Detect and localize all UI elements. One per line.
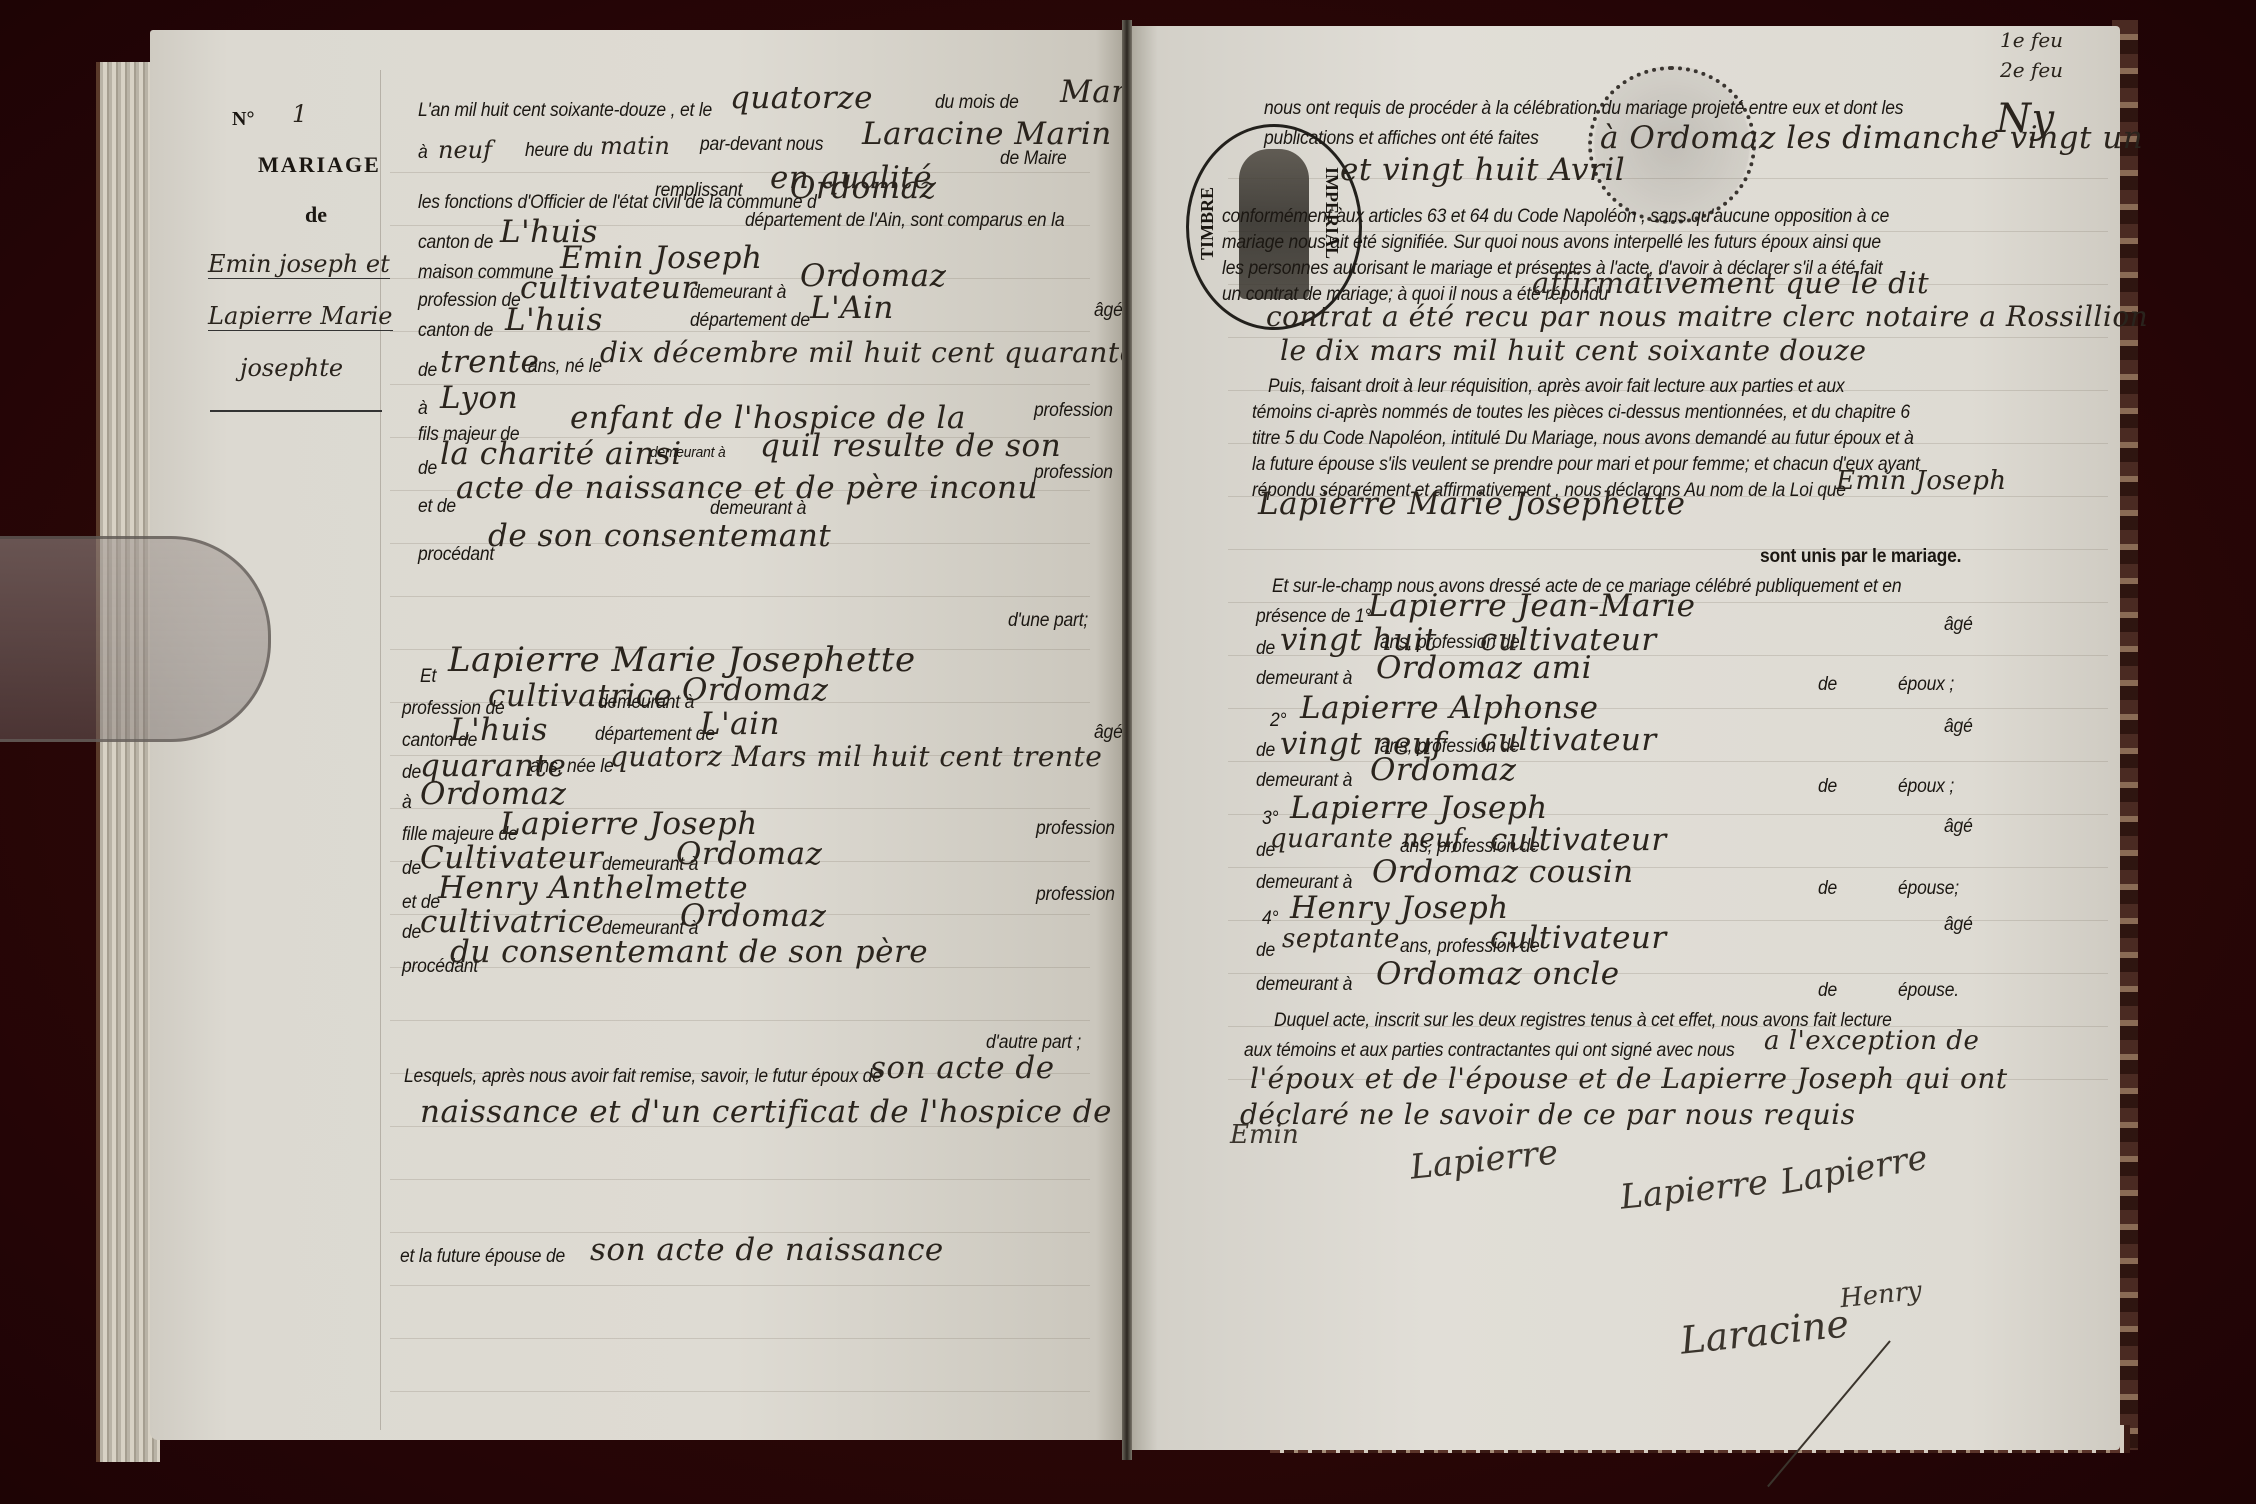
hand-text: L'huis <box>505 302 603 338</box>
hand-text: contrat a été recu par nous maitre clerc… <box>1266 300 2148 333</box>
print-text: demeurant à <box>598 692 694 714</box>
glass-page-weight <box>0 536 271 742</box>
print-text: sont unis par le mariage. <box>1760 546 1961 568</box>
hand-text: a l'exception de <box>1764 1026 1979 1056</box>
hand-text: son acte de <box>870 1050 1055 1086</box>
hand-text: à Ordomaz les dimanche vingt un <box>1600 120 2143 156</box>
print-text: de <box>1818 776 1837 798</box>
print-text: de <box>418 360 437 382</box>
hand-text: quatorz Mars mil huit cent trente <box>610 740 1102 773</box>
print-text: âgé <box>1944 816 1973 838</box>
print-text: âgé <box>1944 914 1973 936</box>
hand-text: Ordomaz <box>790 170 936 206</box>
print-text: procédant <box>418 544 494 566</box>
print-text: Puis, faisant droit à leur réquisition, … <box>1268 376 1844 398</box>
hand-text: Lapierre Jean-Marie <box>1368 588 1696 624</box>
print-text: d'une part; <box>1008 610 1088 632</box>
print-text: publications et affiches ont été faites <box>1264 128 1539 150</box>
hand-text: septante <box>1282 924 1400 954</box>
hand-text: Ordomaz <box>676 836 822 872</box>
print-text: à <box>418 142 428 164</box>
print-text: âgé <box>1944 716 1973 738</box>
print-text: et de <box>418 496 456 518</box>
hand-text: son acte de naissance <box>590 1232 944 1268</box>
print-text: du mois de <box>935 92 1019 114</box>
hand-text: Ordomaz <box>680 898 826 934</box>
hand-text: dix décembre mil huit cent quarante <box>600 336 1137 369</box>
print-text: de <box>402 762 421 784</box>
act-number-value: 1 <box>292 100 307 128</box>
hand-text: Henry Joseph <box>1290 890 1509 926</box>
print-text: de <box>1818 674 1837 696</box>
hand-text: Lapierre Alphonse <box>1300 690 1599 726</box>
print-text: de <box>402 858 421 880</box>
hand-text: Emin Joseph <box>1836 466 2007 496</box>
hand-text: et vingt huit Avril <box>1340 152 1625 188</box>
print-text: profession <box>1034 400 1113 422</box>
hand-text: matin <box>600 132 670 160</box>
print-text: par-devant nous <box>700 134 823 156</box>
stamp-label-left: TIMBRE <box>1197 187 1218 260</box>
hand-text: L'Ain <box>810 290 894 326</box>
hand-text: cultivateur <box>1490 822 1667 858</box>
print-text: heure du <box>525 140 593 162</box>
print-text: âgé <box>1944 614 1973 636</box>
margin-de: de <box>305 202 327 228</box>
book-gutter <box>1122 20 1132 1460</box>
hand-text: L'ain <box>700 706 780 742</box>
hand-text: affirmativement que le dit <box>1532 266 1929 300</box>
print-text: mariage nous ait été signifiée. Sur quoi… <box>1222 232 1881 254</box>
hand-text: quatorze <box>730 80 873 116</box>
hand-text: trente <box>440 344 539 380</box>
print-text: département de l'Ain, sont comparus en l… <box>745 210 1064 232</box>
print-text: demeurant à <box>1256 770 1352 792</box>
print-text: de <box>1256 740 1275 762</box>
hand-text: Ordomaz ami <box>1376 650 1592 686</box>
signature-emin: Emin <box>1230 1120 1299 1150</box>
print-text: aux témoins et aux parties contractantes… <box>1244 1040 1735 1062</box>
corner-note-1: 1e feu <box>2000 28 2063 52</box>
print-text: ans, née le <box>530 756 614 778</box>
print-text: demeurant à <box>1256 668 1352 690</box>
hand-text: Lapierre Marie Josephette <box>1258 486 1685 522</box>
corner-note-2: 2e feu <box>2000 58 2063 82</box>
print-text: époux ; <box>1898 674 1954 696</box>
margin-name-1: Emin joseph et <box>208 250 390 279</box>
print-text: conformément aux articles 63 et 64 du Co… <box>1222 206 1889 228</box>
print-text: 4° <box>1262 908 1278 930</box>
hand-text: L'huis <box>450 712 548 748</box>
print-text: de Maire <box>1000 148 1067 170</box>
margin-name-2: Lapierre Marie <box>208 302 393 331</box>
print-text: demeurant à <box>690 282 786 304</box>
print-text: à <box>418 398 428 420</box>
hand-text: Ordomaz <box>800 258 946 294</box>
print-text: à <box>402 792 412 814</box>
print-text: titre 5 du Code Napoléon, intitulé Du Ma… <box>1252 428 1914 450</box>
hand-text: Lapierre Joseph <box>1290 790 1548 826</box>
margin-underline <box>210 410 382 412</box>
print-text: demeurant à <box>710 498 806 520</box>
print-text: témoins ci-après nommés de toutes les pi… <box>1252 402 1910 424</box>
hand-text: déclaré ne le savoir de ce par nous requ… <box>1240 1098 1855 1131</box>
print-text: épouse; <box>1898 878 1959 900</box>
act-number-label: N° <box>232 108 254 131</box>
hand-text: Ordomaz <box>1370 752 1516 788</box>
print-text: de <box>1256 940 1275 962</box>
margin-title: MARIAGE <box>258 152 381 178</box>
print-text: la future épouse s'ils veulent se prendr… <box>1252 454 1920 476</box>
print-text: Et <box>420 666 436 688</box>
print-text: époux ; <box>1898 776 1954 798</box>
print-text: de <box>418 458 437 480</box>
hand-text: quil resulte de son <box>760 428 1061 464</box>
hand-text: la charité ainsi <box>440 436 682 472</box>
print-text: profession <box>1034 462 1113 484</box>
print-text: ans, né le <box>528 356 602 378</box>
print-text: demeurant à <box>650 444 725 461</box>
print-text: canton de <box>418 320 493 342</box>
hand-text: le dix mars mil huit cent soixante douze <box>1280 334 1866 367</box>
hand-text: neuf <box>438 136 492 164</box>
print-text: et la future épouse de <box>400 1246 565 1268</box>
hand-text: Laracine Marin <box>862 116 1112 152</box>
print-text: L'an mil huit cent soixante-douze , et l… <box>418 100 712 122</box>
hand-text: naissance et d'un certificat de l'hospic… <box>420 1094 1201 1130</box>
print-text: département de <box>690 310 810 332</box>
print-text: de <box>1818 878 1837 900</box>
hand-text: cultivateur <box>1490 920 1667 956</box>
margin-name-3: josephte <box>240 354 343 382</box>
hand-text: Lyon <box>440 380 518 416</box>
print-text: de <box>402 922 421 944</box>
print-text: âgé <box>1094 300 1123 322</box>
print-text: canton de <box>418 232 493 254</box>
print-text: de <box>1256 638 1275 660</box>
hand-text: de son consentemant <box>488 518 831 554</box>
hand-text: Ordomaz <box>682 672 828 708</box>
print-text: Lesquels, après nous avoir fait remise, … <box>404 1066 882 1088</box>
hand-text: Ordomaz cousin <box>1372 854 1634 890</box>
hand-text: Ordomaz oncle <box>1376 956 1620 992</box>
print-text: profession <box>1036 818 1115 840</box>
hand-text: du consentemant de son père <box>450 934 928 970</box>
print-text: profession <box>1036 884 1115 906</box>
print-text: demeurant à <box>1256 974 1352 996</box>
print-text: nous ont requis de procéder à la célébra… <box>1264 98 1903 120</box>
print-text: épouse. <box>1898 980 1959 1002</box>
hand-text: cultivateur <box>520 270 697 306</box>
hand-text: l'époux et de l'épouse et de Lapierre Jo… <box>1250 1062 2008 1095</box>
print-text: de <box>1818 980 1837 1002</box>
